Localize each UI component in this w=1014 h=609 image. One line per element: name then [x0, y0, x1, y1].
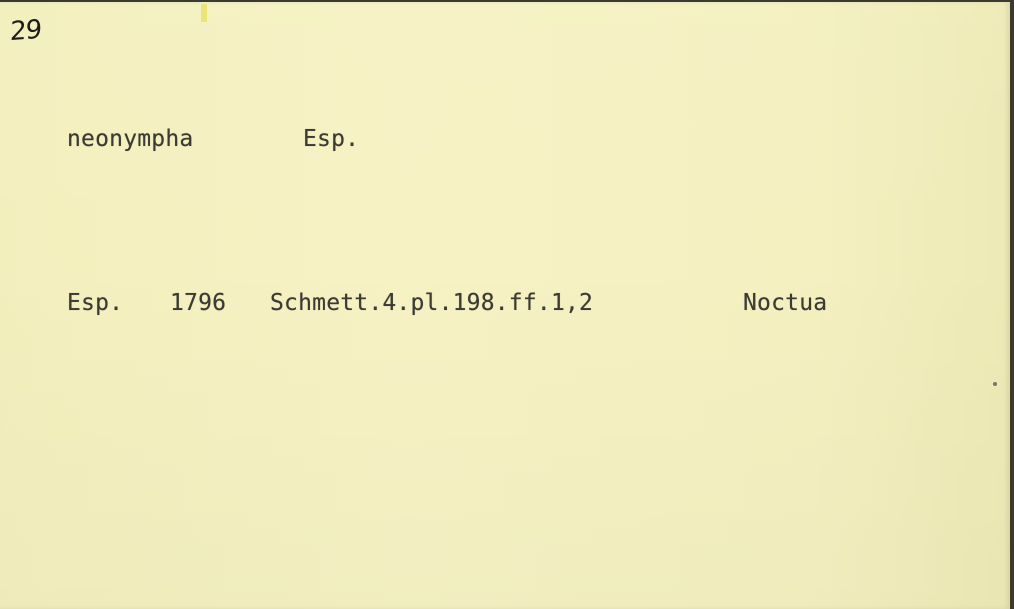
- index-card: 29 neonympha Esp. Esp. 1796 Schmett.4.pl…: [0, 2, 1010, 609]
- species-author: Esp.: [303, 126, 359, 152]
- reference-year: 1796: [170, 290, 226, 316]
- genus-name: Noctua: [743, 290, 827, 316]
- reference-author: Esp.: [67, 290, 123, 316]
- species-name: neonympha: [67, 126, 193, 152]
- paper-speck: [993, 382, 997, 386]
- card-number: 29: [10, 15, 42, 47]
- reference-citation: Schmett.4.pl.198.ff.1,2: [270, 290, 593, 316]
- highlight-mark: [201, 4, 207, 22]
- card-right-edge: [1010, 0, 1014, 609]
